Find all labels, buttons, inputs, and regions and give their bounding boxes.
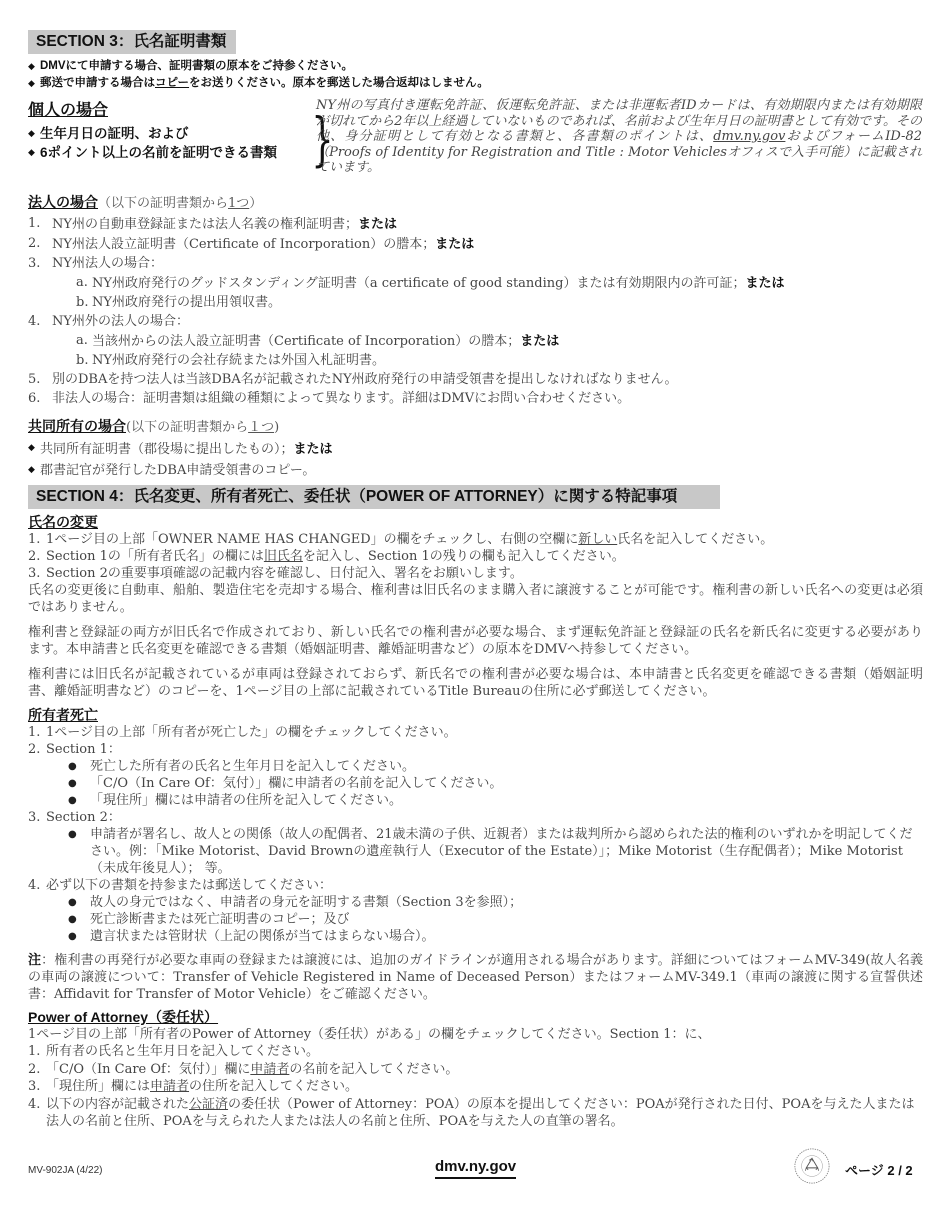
poa-title: Power of Attorney（委任状） [28, 1008, 923, 1026]
list-item: 4.NY州外の法人の場合： [28, 312, 923, 331]
list-item: ●「C/O（In Care Of：気付）」欄に申請者の名前を記入してください。 [68, 775, 923, 792]
document-page: SECTION 3：氏名証明書類 ◆ DMVにて申請する場合、証明書類の原本をご… [28, 30, 923, 1131]
bullet-dot-icon: ● [68, 826, 90, 877]
paragraph: 氏名の変更後に自動車、船舶、製造住宅を売却する場合、権利書は旧氏名のまま購入者に… [28, 582, 923, 616]
list-item: 2.Section 1の「所有者氏名」の欄には旧氏名を記入し、Section 1… [28, 548, 923, 565]
owner-death-list: 1.1ページ目の上部「所有者が死亡した」の欄をチェックしてください。 2.Sec… [28, 724, 923, 945]
dmv-link[interactable]: dmv.ny.gov [713, 129, 785, 144]
dmv-site-link[interactable]: dmv.ny.gov [435, 1157, 516, 1179]
page-number: ページ 2 / 2 [845, 1160, 913, 1179]
list-item: 2.「C/O（In Care Of：気付）」欄に申請者の名前を記入してください。 [28, 1061, 923, 1079]
list-item: ◆6ポイント以上の名前を証明できる書類 [28, 143, 318, 162]
page-footer: MV-902JA (4/22) dmv.ny.gov ページ 2 / 2 [0, 1155, 950, 1185]
list-item: 3.「現住所」欄には申請者の住所を記入してください。 [28, 1078, 923, 1096]
list-item: a.NY州政府発行のグッドスタンディング証明書（a certificate of… [76, 273, 923, 293]
list-item: 2.Section 1： [28, 741, 923, 758]
list-item: ◆共同所有証明書（郡役場に提出したもの）；または [28, 438, 923, 460]
diamond-bullet-icon: ◆ [28, 460, 40, 481]
form-id: MV-902JA (4/22) [28, 1165, 102, 1176]
diamond-bullet-icon: ◆ [28, 438, 40, 460]
list-item: ◆ DMVにて申請する場合、証明書類の原本をご持参ください。 [28, 58, 923, 75]
owner-death-title: 所有者死亡 [28, 706, 923, 724]
bullet-dot-icon: ● [68, 911, 90, 928]
list-item: ◆生年月日の証明、および [28, 124, 318, 143]
list-item: 4.以下の内容が記載された公証済の委任状（Power of Attorney：P… [28, 1096, 923, 1131]
list-item: ●死亡診断書または死亡証明書のコピー；及び [68, 911, 923, 928]
section4-header: SECTION 4：氏名変更、所有者死亡、委任状（POWER OF ATTORN… [28, 485, 720, 509]
list-item: 2.NY州法人設立証明書（Certificate of Incorporatio… [28, 234, 923, 254]
name-change-title: 氏名の変更 [28, 513, 923, 531]
recycle-logo-icon [793, 1147, 831, 1185]
bullet-dot-icon: ● [68, 775, 90, 792]
individual-title: 個人の場合 [28, 100, 318, 122]
list-item: ●遺言状または管財状（上記の関係が当てはまらない場合）。 [68, 928, 923, 945]
list-item: ●「現住所」欄には申請者の住所を記入してください。 [68, 792, 923, 809]
list-item: 4.必ず以下の書類を持参または郵送してください： [28, 877, 923, 894]
list-item: ●故人の身元ではなく、申請者の身元を証明する書類（Section 3を参照）； [68, 894, 923, 911]
individual-note: NY州の写真付き運転免許証、仮運転免許証、または非運転者IDカードは、有効期限内… [316, 98, 922, 176]
list-item: b.NY州政府発行の提出用領収書。 [76, 293, 923, 312]
section3-bullets: ◆ DMVにて申請する場合、証明書類の原本をご持参ください。 ◆ 郵送で申請する… [28, 58, 923, 92]
list-item: ●死亡した所有者の氏名と生年月日を記入してください。 [68, 758, 923, 775]
list-item: 1.NY州の自動車登録証または法人名義の権利証明書；または [28, 214, 923, 234]
list-item: 6.非法人の場合：証明書類は組織の種類によって異なります。詳細はDMVにお問い合… [28, 389, 923, 408]
list-item: 1.1ページ目の上部「所有者が死亡した」の欄をチェックしてください。 [28, 724, 923, 741]
list-item: 5.別のDBAを持つ法人は当該DBA名が記載されたNY州政府発行の申請受領書を提… [28, 370, 923, 389]
paragraph: 権利書には旧氏名が記載されているが車両は登録されておらず、新氏名での権利書が必要… [28, 666, 923, 700]
list-item: a.当該州からの法人設立証明書（Certificate of Incorpora… [76, 331, 923, 351]
diamond-bullet-icon: ◆ [28, 75, 40, 92]
name-change-list: 1.1ページ目の上部「OWNER NAME HAS CHANGED」の欄をチェッ… [28, 531, 923, 582]
joint-title-row: 共同所有の場合(以下の証明書類から１つ) [28, 416, 923, 438]
paragraph: 権利書と登録証の両方が旧氏名で作成されており、新しい氏名での権利書が必要な場合、… [28, 624, 923, 658]
bullet-dot-icon: ● [68, 894, 90, 911]
list-item: ●申請者が署名し、故人との関係（故人の配偶者、21歳未満の子供、近親者）または裁… [68, 826, 923, 877]
list-item: ◆ 郵送で申請する場合はコピーをお送りください。原本を郵送した場合返却はしません… [28, 75, 923, 92]
individual-block: 個人の場合 ◆生年月日の証明、および ◆6ポイント以上の名前を証明できる書類 }… [28, 100, 923, 188]
poa-intro: 1ページ目の上部「所有者のPower of Attorney（委任状）がある」の… [28, 1026, 923, 1043]
list-item: 1.所有者の氏名と生年月日を記入してください。 [28, 1043, 923, 1061]
deceased-note: 注：権利書の再発行が必要な車両の登録または譲渡には、追加のガイドラインが適用され… [28, 951, 923, 1003]
diamond-bullet-icon: ◆ [28, 124, 40, 143]
list-item: 1.1ページ目の上部「OWNER NAME HAS CHANGED」の欄をチェッ… [28, 531, 923, 548]
diamond-bullet-icon: ◆ [28, 143, 40, 162]
list-item: 3.NY州法人の場合： [28, 254, 923, 273]
list-item: ◆郡書記官が発行したDBA申請受領書のコピー。 [28, 460, 923, 481]
joint-list: ◆共同所有証明書（郡役場に提出したもの）；または ◆郡書記官が発行したDBA申請… [28, 438, 923, 481]
bullet-dot-icon: ● [68, 928, 90, 945]
bullet-dot-icon: ● [68, 758, 90, 775]
poa-list: 1.所有者の氏名と生年月日を記入してください。 2.「C/O（In Care O… [28, 1043, 923, 1131]
corporation-title-row: 法人の場合（以下の証明書類から1つ） [28, 192, 923, 214]
list-item: 3.Section 2の重要事項確認の記載内容を確認し、日付記入、署名をお願いし… [28, 565, 923, 582]
list-item: b.NY州政府発行の会社存続または外国入札証明書。 [76, 351, 923, 370]
diamond-bullet-icon: ◆ [28, 58, 40, 75]
bullet-dot-icon: ● [68, 792, 90, 809]
section3-header: SECTION 3：氏名証明書類 [28, 30, 236, 54]
corporation-list: 1.NY州の自動車登録証または法人名義の権利証明書；または 2.NY州法人設立証… [28, 214, 923, 408]
list-item: 3.Section 2： [28, 809, 923, 826]
